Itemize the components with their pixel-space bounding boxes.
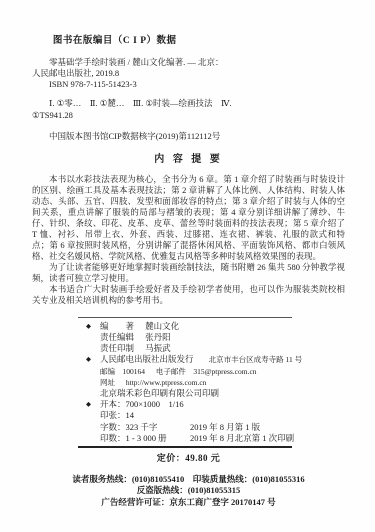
colophon-row-printrun: 印数：1 - 3 000 册 2019 年 8 月北京第 1 次印刷	[78, 433, 292, 444]
ad-license-line: 广告经营许可证：京东工商广登字 20170147 号	[32, 497, 345, 509]
edition-value: 2019 年 8 月第 1 版	[190, 422, 260, 433]
colophon-row-wordcount: 字数：323 千字 2019 年 8 月第 1 版	[78, 422, 292, 433]
isbn-line: ISBN 978-7-115-51423-3	[32, 79, 345, 90]
footer-block: 读者服务热线：(010)81055410 印装质量热线：(010)8105531…	[32, 474, 345, 509]
format-value: 开本：700×1000 1/16	[100, 399, 184, 409]
cip-record-publisher-line: 人民邮电出版社, 2019.8	[32, 68, 345, 79]
email-value: 电子邮件 315@ptpress.com.cn	[156, 367, 257, 376]
diamond-bullet-icon: ◆	[86, 321, 91, 332]
publisher-name: 人民邮电出版社出版发行	[100, 354, 194, 364]
colophon-row-format: ◆ 开本：700×1000 1/16	[78, 399, 292, 410]
cip-record-title-line: 零基础学手绘时装画 / 麓山文化编著. — 北京：	[32, 57, 345, 68]
colophon-row-duty-editor: 责任编辑 张丹阳	[78, 332, 292, 343]
book-copyright-page: 图书在版编目（C I P）数据 零基础学手绘时装画 / 麓山文化编著. — 北京…	[0, 0, 375, 532]
sheets-value: 印张：14	[100, 410, 134, 420]
colophon-row-website: 网址 http://www.ptpress.com.cn	[78, 377, 292, 388]
colophon-row-printer: 北京瑞禾彩色印刷有限公司印刷	[78, 388, 292, 399]
website-label: 网址	[100, 378, 115, 387]
summary-paragraph: 本书适合广大时装画手绘爱好者及手绘初学者使用，也可以作为服装类院校相关专业及相关…	[32, 284, 345, 306]
colophon-row-sheets: 印张：14	[78, 410, 292, 421]
cip-classification-code: ①TS941.28	[32, 110, 345, 121]
duty-printer-label: 责任印制	[100, 343, 134, 353]
cip-record-number: 中国版本图书馆CIP数据核字(2019)第112112号	[32, 131, 345, 142]
summary-paragraph: 为了让读者能够更好地掌握时装画绘制技法，随书附赠 26 集共 580 分钟教学视…	[32, 262, 345, 284]
cip-heading: 图书在版编目（C I P）数据	[32, 36, 345, 48]
cip-record-block: 零基础学手绘时装画 / 麓山文化编著. — 北京： 人民邮电出版社, 2019.…	[32, 57, 345, 91]
page-content: 图书在版编目（C I P）数据 零基础学手绘时装画 / 麓山文化编著. — 北京…	[0, 0, 375, 509]
duty-editor-label: 责任编辑	[100, 332, 134, 342]
word-count-value: 字数：323 千字	[100, 422, 157, 432]
editor-value: 麓山文化	[145, 321, 179, 331]
cip-classification-line: Ⅰ. ①零… Ⅱ. ①麓… Ⅲ. ①时装—绘画技法 Ⅳ.	[32, 98, 345, 109]
colophon-row-duty-printer: 责任印制 马振武	[78, 343, 292, 354]
colophon-row-publisher: ◆ 人民邮电出版社出版发行 北京市丰台区成寿寺路 11 号	[78, 354, 292, 365]
duty-editor-value: 张丹阳	[145, 332, 171, 342]
colophon-block: ◆ 编 著 麓山文化 责任编辑 张丹阳 责任印制 马振武 ◆ 人民邮电出版社出版…	[78, 317, 292, 448]
duty-printer-value: 马振武	[145, 343, 171, 353]
publisher-address: 北京市丰台区成寿寺路 11 号	[209, 355, 302, 364]
anti-piracy-hotline-line: 反盗版热线：(010)81055315	[32, 485, 345, 497]
print-run-value: 印数：1 - 3 000 册	[100, 433, 167, 443]
cip-classification-block: Ⅰ. ①零… Ⅱ. ①麓… Ⅲ. ①时装—绘画技法 Ⅳ. ①TS941.28	[32, 98, 345, 121]
colophon-row-postcode: 邮编 100164 电子邮件 315@ptpress.com.cn	[78, 366, 292, 377]
editor-label: 编 著	[100, 321, 134, 331]
website-url: http://www.ptpress.com.cn	[126, 378, 207, 387]
postcode-value: 邮编 100164	[100, 367, 145, 376]
summary-paragraph: 本书以水彩技法表现为核心，全书分为 6 章。第 1 章介绍了时装画与时装设计的区…	[32, 174, 345, 262]
price-line: 定价：49.80 元	[32, 453, 345, 465]
printer-name: 北京瑞禾彩色印刷有限公司印刷	[100, 388, 219, 398]
colophon-row-editor: ◆ 编 著 麓山文化	[78, 321, 292, 332]
diamond-bullet-icon: ◆	[86, 354, 91, 365]
printing-value: 2019 年 8 月北京第 1 次印刷	[190, 433, 294, 444]
service-hotline-line: 读者服务热线：(010)81055410 印装质量热线：(010)8105531…	[32, 474, 345, 486]
summary-heading: 内 容 提 要	[32, 154, 345, 166]
diamond-bullet-icon: ◆	[86, 399, 91, 410]
